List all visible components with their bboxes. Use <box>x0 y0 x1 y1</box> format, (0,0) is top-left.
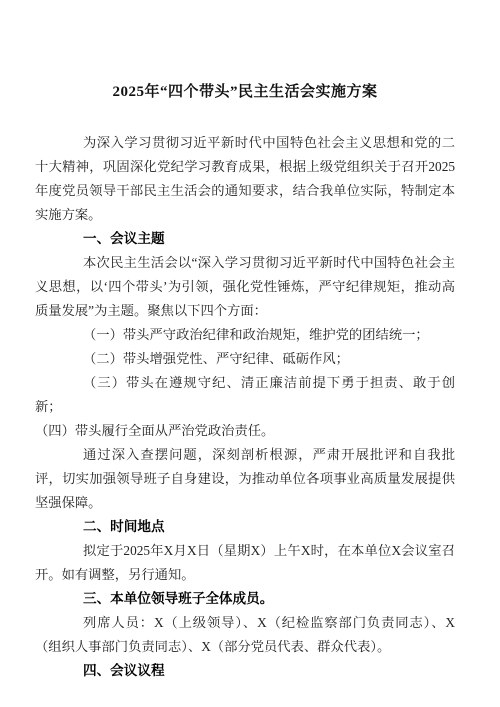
document-page: 2025年“四个带头”民主生活会实施方案 为深入学习贯彻习近平新时代中国特色社会… <box>0 0 500 707</box>
section-heading: 一、会议主题 <box>35 227 455 251</box>
paragraph: （二）带头增强党性、严守纪律、砥砺作风； <box>35 347 455 371</box>
doc-body: 为深入学习贯彻习近平新时代中国特色社会主义思想和党的二十大精神，巩固深化党纪学习… <box>35 131 455 683</box>
paragraph: 为深入学习贯彻习近平新时代中国特色社会主义思想和党的二十大精神，巩固深化党纪学习… <box>35 131 455 227</box>
section-heading: 四、会议议程 <box>35 659 455 683</box>
paragraph: 通过深入查摆问题，深刻剖析根源，严肃开展批评和自我批评，切实加强领导班子自身建设… <box>35 443 455 515</box>
paragraph: 列席人员：X（上级领导）、X（纪检监察部门负责同志）、X（组织人事部门负责同志）… <box>35 611 455 659</box>
paragraph: （一）带头严守政治纪律和政治规矩，维护党的团结统一； <box>35 323 455 347</box>
paragraph: （四）带头履行全面从严治党政治责任。 <box>35 419 455 443</box>
paragraph: 本次民主生活会以“深入学习贯彻习近平新时代中国特色社会主义思想，以‘四个带头’为… <box>35 251 455 323</box>
doc-title: 2025年“四个带头”民主生活会实施方案 <box>35 82 455 102</box>
paragraph: 拟定于2025年X月X日（星期X）上午X时，在本单位X会议室召开。如有调整，另行… <box>35 539 455 587</box>
paragraph: （三）带头在遵规守纪、清正廉洁前提下勇于担责、敢于创新； <box>35 371 455 419</box>
section-heading: 二、时间地点 <box>35 515 455 539</box>
section-heading: 三、本单位领导班子全体成员。 <box>35 587 455 611</box>
